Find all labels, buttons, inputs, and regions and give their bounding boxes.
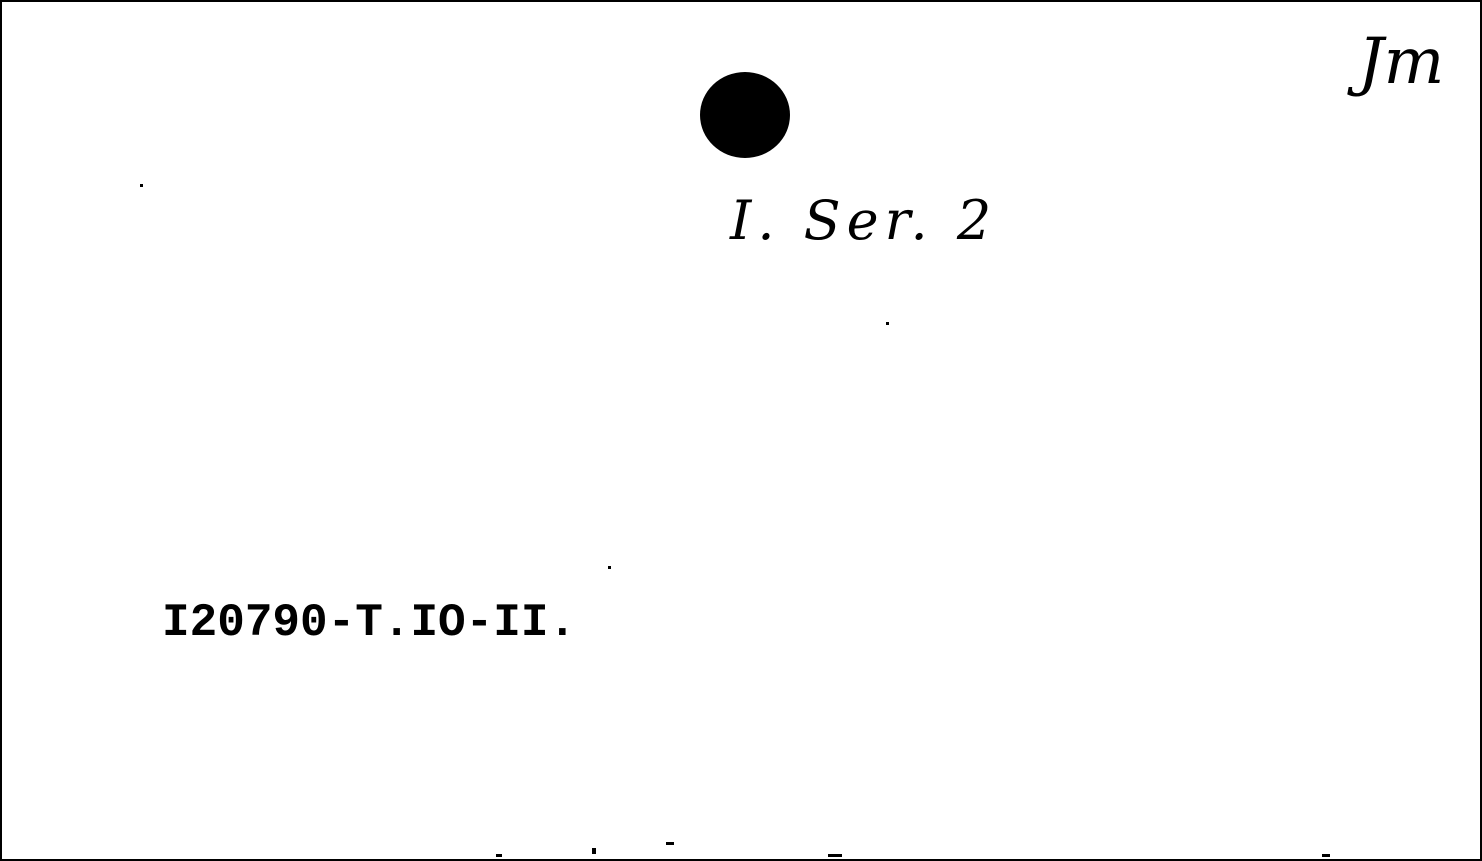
scan-speck bbox=[1322, 854, 1330, 857]
scan-speck bbox=[592, 848, 596, 854]
scan-speck bbox=[886, 322, 889, 325]
scan-speck bbox=[496, 854, 502, 857]
index-card: I. Ser. 2 Jm I20790-T.IO-II. bbox=[0, 0, 1482, 861]
handwritten-series-label: I. Ser. 2 bbox=[730, 194, 997, 248]
handwritten-initials: Jm bbox=[1358, 30, 1444, 94]
scan-speck bbox=[608, 566, 611, 569]
scan-speck bbox=[666, 842, 674, 845]
scan-speck bbox=[140, 184, 143, 187]
punch-hole-icon bbox=[700, 72, 790, 158]
scan-speck bbox=[828, 854, 842, 857]
catalog-number: I20790-T.IO-II. bbox=[162, 600, 576, 646]
